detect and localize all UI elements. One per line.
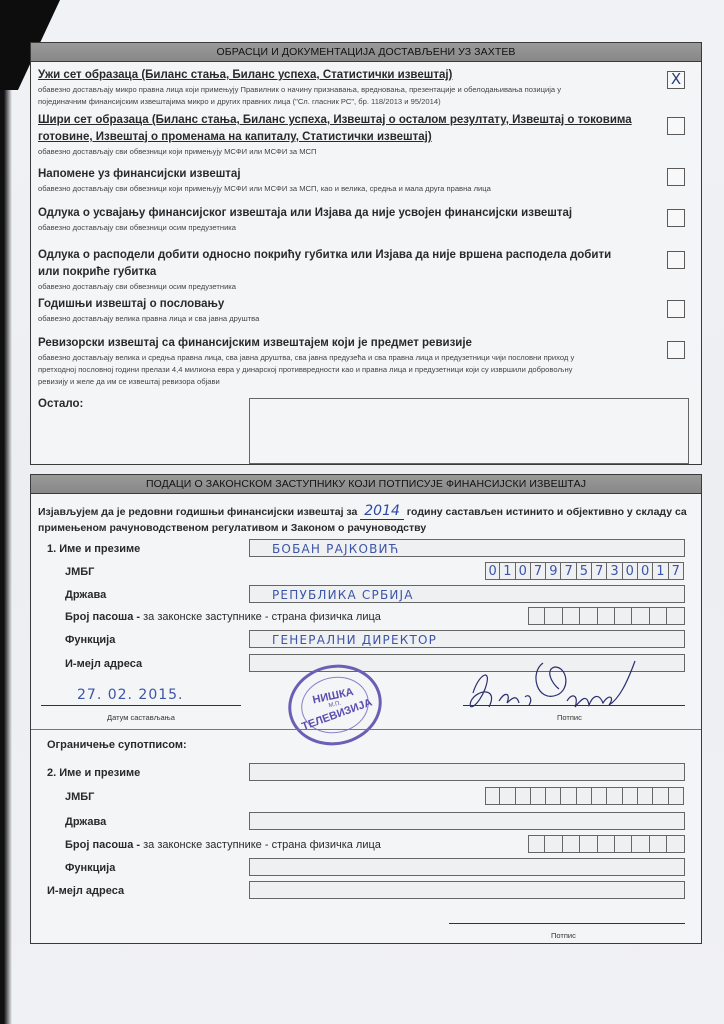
- passport-label-bold: Број пасоша -: [65, 611, 143, 623]
- signer2-passport-label: Број пасоша - за законске заступнике - с…: [65, 839, 381, 851]
- signature-caption: Потпис: [557, 713, 582, 722]
- digit-box[interactable]: 0: [623, 562, 638, 580]
- doc-item-title: Ужи сет образаца (Биланс стања, Биланс у…: [38, 67, 658, 84]
- signer1-country-field[interactable]: РЕПУБЛИКА СРБИЈА: [249, 585, 685, 603]
- doc-item-desc: обавезно достављају сви обвезници који п…: [38, 146, 638, 158]
- digit-box[interactable]: [632, 607, 649, 625]
- signer2-function-field[interactable]: [249, 858, 685, 876]
- documents-section: ОБРАСЦИ И ДОКУМЕНТАЦИЈА ДОСТАВЉЕНИ УЗ ЗА…: [30, 42, 702, 465]
- divider: [31, 729, 701, 730]
- doc-item-desc: обавезно достављају велика правна лица и…: [38, 313, 658, 325]
- digit-box[interactable]: 7: [531, 562, 546, 580]
- digit-box[interactable]: [561, 787, 576, 805]
- digit-box[interactable]: [545, 835, 562, 853]
- digit-box[interactable]: [650, 607, 667, 625]
- date-value[interactable]: 27. 02. 2015.: [77, 687, 184, 703]
- digit-box[interactable]: [598, 835, 615, 853]
- digit-box[interactable]: 5: [577, 562, 592, 580]
- digit-box[interactable]: [598, 607, 615, 625]
- digit-box[interactable]: [546, 787, 561, 805]
- signer2-email-label: И-мејл адреса: [47, 885, 124, 897]
- legal-representative-header: ПОДАЦИ О ЗАКОНСКОМ ЗАСТУПНИКУ КОЈИ ПОТПИ…: [31, 475, 701, 494]
- digit-box[interactable]: [580, 835, 597, 853]
- checkbox-narrow-set[interactable]: X: [667, 71, 685, 89]
- doc-item-desc: обавезно достављају велика и средња прав…: [38, 352, 598, 388]
- digit-box[interactable]: 3: [607, 562, 622, 580]
- signature-line: [463, 705, 685, 706]
- digit-box[interactable]: 1: [500, 562, 515, 580]
- signer2-country-label: Држава: [65, 816, 106, 828]
- signer2-jmbg-field[interactable]: [485, 787, 684, 805]
- declaration-year[interactable]: 2014: [360, 503, 404, 520]
- doc-item-profit-distribution: Одлука о расподели добити односно покрић…: [38, 247, 628, 293]
- signer2-jmbg-label: ЈМБГ: [65, 791, 94, 803]
- checkbox-adoption-decision[interactable]: [667, 209, 685, 227]
- digit-box[interactable]: [669, 787, 684, 805]
- signer1-jmbg-field[interactable]: 0107975730017: [485, 562, 684, 580]
- declaration-text: Изјављујем да је редовни годишњи финанси…: [38, 503, 688, 536]
- signer1-email-label: И-мејл адреса: [65, 658, 142, 670]
- signer1-jmbg-label: ЈМБГ: [65, 566, 94, 578]
- signer1-country-label: Држава: [65, 589, 106, 601]
- checkbox-notes[interactable]: [667, 168, 685, 186]
- signer2-email-field[interactable]: [249, 881, 685, 899]
- signer1-function-label: Функција: [65, 634, 115, 646]
- digit-box[interactable]: 0: [485, 562, 500, 580]
- digit-box[interactable]: [592, 787, 607, 805]
- digit-box[interactable]: [667, 835, 684, 853]
- passport-label-rest: за законске заступнике - страна физичка …: [143, 839, 381, 851]
- signer1-passport-label: Број пасоша - за законске заступнике - с…: [65, 611, 381, 623]
- signer2-passport-field[interactable]: [528, 835, 685, 853]
- signer2-signature-caption: Потпис: [551, 931, 576, 940]
- doc-item-title: Шири сет образаца (Биланс стања, Биланс …: [38, 112, 638, 146]
- digit-box[interactable]: [580, 607, 597, 625]
- digit-box[interactable]: 7: [561, 562, 576, 580]
- doc-item-desc: обавезно достављају микро правна лица ко…: [38, 84, 598, 108]
- digit-box[interactable]: [650, 835, 667, 853]
- signer1-passport-field[interactable]: [528, 607, 685, 625]
- digit-box[interactable]: [545, 607, 562, 625]
- legal-representative-section: ПОДАЦИ О ЗАКОНСКОМ ЗАСТУПНИКУ КОЈИ ПОТПИ…: [30, 474, 702, 944]
- digit-box[interactable]: 9: [546, 562, 561, 580]
- signer2-signature-line[interactable]: [449, 923, 685, 924]
- doc-item-notes: Напомене уз финансијски извештај обавезн…: [38, 166, 658, 195]
- doc-item-annual-report: Годишњи извештај о пословању обавезно до…: [38, 296, 658, 325]
- digit-box[interactable]: [516, 787, 531, 805]
- digit-box[interactable]: 0: [516, 562, 531, 580]
- digit-box[interactable]: [528, 835, 545, 853]
- digit-box[interactable]: [667, 607, 684, 625]
- documents-section-header: ОБРАСЦИ И ДОКУМЕНТАЦИЈА ДОСТАВЉЕНИ УЗ ЗА…: [31, 43, 701, 62]
- digit-box[interactable]: [563, 607, 580, 625]
- passport-label-bold: Број пасоша -: [65, 839, 143, 851]
- doc-item-adoption-decision: Одлука о усвајању финансијског извештаја…: [38, 205, 658, 234]
- digit-box[interactable]: [577, 787, 592, 805]
- doc-item-title: Напомене уз финансијски извештај: [38, 166, 658, 183]
- digit-box[interactable]: [531, 787, 546, 805]
- signer1-name-field[interactable]: БОБАН РАЈКОВИЋ: [249, 539, 685, 557]
- checkbox-annual-report[interactable]: [667, 300, 685, 318]
- digit-box[interactable]: 7: [669, 562, 684, 580]
- doc-item-desc: обавезно достављају сви обвезници осим п…: [38, 222, 658, 234]
- doc-item-title: Одлука о расподели добити односно покрић…: [38, 247, 628, 281]
- digit-box[interactable]: 0: [638, 562, 653, 580]
- other-label: Остало:: [38, 398, 83, 410]
- signer1-name-label: 1. Име и презиме: [47, 543, 140, 555]
- cosign-label: Ограничење супотписом:: [47, 739, 187, 751]
- doc-item-title: Годишњи извештај о пословању: [38, 296, 658, 313]
- digit-box[interactable]: [607, 787, 622, 805]
- doc-item-audit-report: Ревизорски извештај са финансијским изве…: [38, 335, 598, 388]
- digit-box[interactable]: 7: [592, 562, 607, 580]
- digit-box[interactable]: [500, 787, 515, 805]
- passport-label-rest: за законске заступнике - страна физичка …: [143, 611, 381, 623]
- signer1-function-field[interactable]: ГЕНЕРАЛНИ ДИРЕКТОР: [249, 630, 685, 648]
- doc-item-title: Ревизорски извештај са финансијским изве…: [38, 335, 598, 352]
- digit-box[interactable]: [615, 835, 632, 853]
- other-field[interactable]: [249, 398, 689, 464]
- signer2-function-label: Функција: [65, 862, 115, 874]
- doc-item-desc: обавезно достављају сви обвезници који п…: [38, 183, 658, 195]
- checkbox-profit-distribution[interactable]: [667, 251, 685, 269]
- digit-box[interactable]: [638, 787, 653, 805]
- digit-box[interactable]: [653, 787, 668, 805]
- checkbox-wide-set[interactable]: [667, 117, 685, 135]
- digit-box[interactable]: [615, 607, 632, 625]
- doc-item-desc: обавезно достављају сви обвезници осим п…: [38, 281, 628, 293]
- signer2-name-label: 2. Име и презиме: [47, 767, 140, 779]
- signer2-country-field[interactable]: [249, 812, 685, 830]
- checkbox-audit-report[interactable]: [667, 341, 685, 359]
- date-line: [41, 705, 241, 706]
- digit-box[interactable]: [623, 787, 638, 805]
- date-caption: Датум састављања: [107, 713, 175, 722]
- digit-box[interactable]: 1: [653, 562, 668, 580]
- doc-item-wide-set: Шири сет образаца (Биланс стања, Биланс …: [38, 112, 638, 158]
- doc-item-narrow-set: Ужи сет образаца (Биланс стања, Биланс у…: [38, 67, 658, 108]
- signer2-name-field[interactable]: [249, 763, 685, 781]
- doc-item-title: Одлука о усвајању финансијског извештаја…: [38, 205, 658, 222]
- digit-box[interactable]: [485, 787, 500, 805]
- digit-box[interactable]: [528, 607, 545, 625]
- digit-box[interactable]: [632, 835, 649, 853]
- digit-box[interactable]: [563, 835, 580, 853]
- declaration-pre: Изјављујем да је редовни годишњи финанси…: [38, 506, 360, 518]
